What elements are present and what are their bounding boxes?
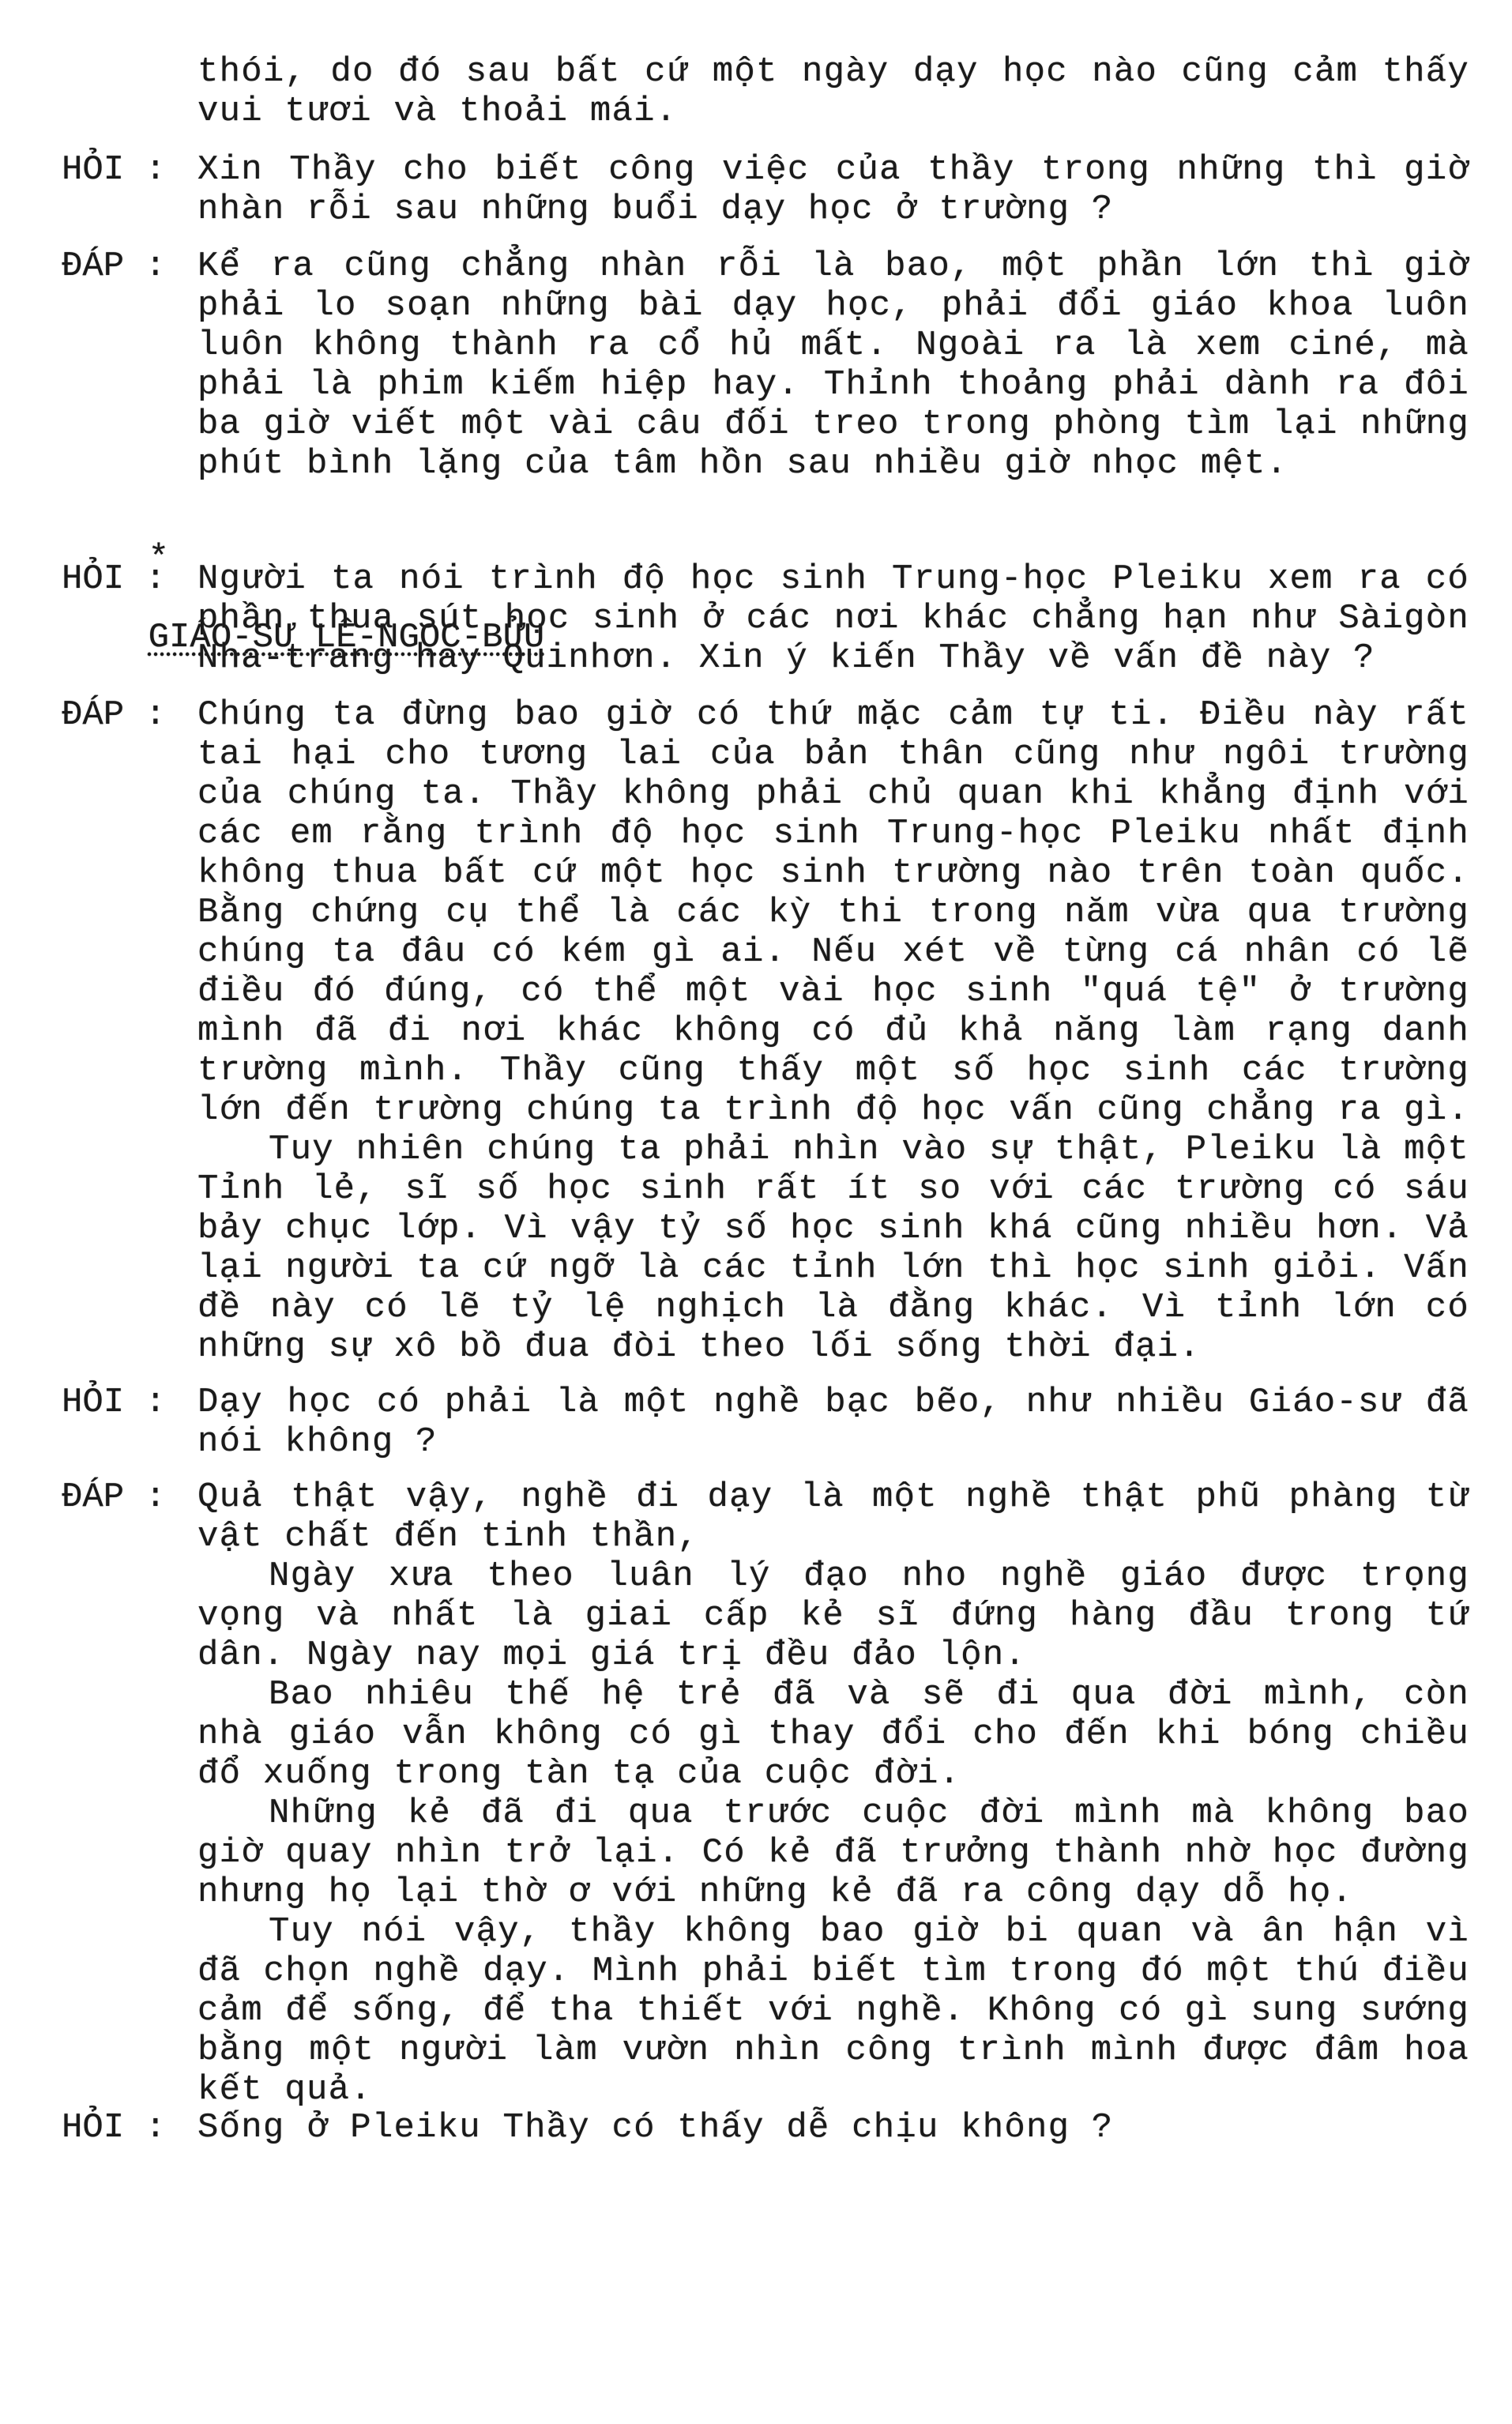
- question-1: HỎI : Xin Thầy cho biết công việc của th…: [0, 150, 1512, 229]
- text-line: thói, do đó sau bất cứ một ngày dạy học …: [197, 52, 1469, 92]
- text-line: nhàn rỗi sau những buổi dạy học ở trường…: [197, 190, 1469, 229]
- text-line: tai hại cho tương lai của bản thân cũng …: [197, 735, 1469, 774]
- text-line: Quả thật vậy, nghề đi dạy là một nghề th…: [197, 1477, 1469, 1517]
- text-line: phải lo soạn những bài dạy học, phải đổi…: [197, 286, 1469, 326]
- text-line: phải là phim kiếm hiệp hay. Thỉnh thoảng…: [197, 365, 1469, 405]
- text-line: Chúng ta đừng bao giờ có thứ mặc cảm tự …: [197, 695, 1469, 735]
- question-label: HỎI :: [62, 2108, 196, 2147]
- question-label: HỎI :: [62, 1383, 196, 1422]
- text-line: điều đó đúng, có thể một vài học sinh "q…: [197, 972, 1469, 1011]
- text-line: Người ta nói trình độ học sinh Trung-học…: [197, 559, 1469, 599]
- text-line: Nha-trang hay Quinhơn. Xin ý kiến Thầy v…: [197, 638, 1469, 678]
- text-line: đã chọn nghề dạy. Mình phải biết tìm tro…: [197, 1952, 1469, 1991]
- text-line: nói không ?: [197, 1422, 1469, 1462]
- text-line: chúng ta đâu có kém gì ai. Nếu xét về từ…: [197, 932, 1469, 972]
- answer-2: ĐÁP : Chúng ta đừng bao giờ có thứ mặc c…: [0, 695, 1512, 1367]
- text-line: Sống ở Pleiku Thầy có thấy dễ chịu không…: [197, 2108, 1469, 2147]
- text-line: Bằng chứng cụ thể là các kỳ thi trong nă…: [197, 893, 1469, 932]
- text-line: đề này có lẽ tỷ lệ nghịch là đằng khác. …: [197, 1288, 1469, 1327]
- answer-1: ĐÁP : Kể ra cũng chẳng nhàn rỗi là bao, …: [0, 247, 1512, 484]
- text-line: Bao nhiêu thế hệ trẻ đã và sẽ đi qua đời…: [269, 1675, 1469, 1714]
- text-line: Dạy học có phải là một nghề bạc bẽo, như…: [197, 1383, 1469, 1422]
- text-line: phút bình lặng của tâm hồn sau nhiều giờ…: [197, 444, 1469, 484]
- question-3: HỎI : Dạy học có phải là một nghề bạc bẽ…: [0, 1383, 1512, 1462]
- text-line: của chúng ta. Thầy không phải chủ quan k…: [197, 774, 1469, 814]
- text-line: lớn đến trường chúng ta trình độ học vấn…: [197, 1090, 1469, 1130]
- text-line: Tuy nhiên chúng ta phải nhìn vào sự thật…: [269, 1130, 1469, 1169]
- intro-paragraph: thói, do đó sau bất cứ một ngày dạy học …: [0, 52, 1512, 131]
- text-line: những sự xô bồ đua đòi theo lối sống thờ…: [197, 1327, 1469, 1367]
- text-line: ba giờ viết một vài câu đối treo trong p…: [197, 405, 1469, 444]
- text-line: không thua bất cứ một học sinh trường nà…: [197, 853, 1469, 893]
- text-line: phần thua sút học sinh ở các nơi khác ch…: [197, 599, 1469, 638]
- text-line: mình đã đi nơi khác không có đủ khả năng…: [197, 1011, 1469, 1051]
- text-line: các em rằng trình độ học sinh Trung-học …: [197, 814, 1469, 853]
- answer-label: ĐÁP :: [62, 247, 196, 286]
- text-line: Ngày xưa theo luân lý đạo nho nghề giáo …: [269, 1556, 1469, 1596]
- text-line: nhưng họ lại thờ ơ với những kẻ đã ra cô…: [197, 1873, 1469, 1912]
- question-2: HỎI : Người ta nói trình độ học sinh Tru…: [0, 559, 1512, 678]
- text-line: đổ xuống trong tàn tạ của cuộc đời.: [197, 1754, 1469, 1794]
- question-label: HỎI :: [62, 150, 196, 190]
- text-line: dân. Ngày nay mọi giá trị đều đảo lộn.: [197, 1635, 1469, 1675]
- text-line: vui tươi và thoải mái.: [197, 92, 1469, 131]
- typewritten-page: thói, do đó sau bất cứ một ngày dạy học …: [0, 0, 1512, 2424]
- text-line: Xin Thầy cho biết công việc của thầy tro…: [197, 150, 1469, 190]
- text-line: vọng và nhất là giai cấp kẻ sĩ đứng hàng…: [197, 1596, 1469, 1635]
- text-line: lại người ta cứ ngỡ là các tỉnh lớn thì …: [197, 1248, 1469, 1288]
- text-line: trường mình. Thầy cũng thấy một số học s…: [197, 1051, 1469, 1090]
- text-line: bảy chục lớp. Vì vậy tỷ số học sinh khá …: [197, 1209, 1469, 1248]
- text-line: nhà giáo vẫn không có gì thay đổi cho đế…: [197, 1714, 1469, 1754]
- text-line: Kể ra cũng chẳng nhàn rỗi là bao, một ph…: [197, 247, 1469, 286]
- text-line: vật chất đến tinh thần,: [197, 1517, 1469, 1556]
- text-line: cảm để sống, để tha thiết với nghề. Khôn…: [197, 1991, 1469, 2031]
- answer-label: ĐÁP :: [62, 695, 196, 735]
- question-label: HỎI :: [62, 559, 196, 599]
- text-line: Tuy nói vậy, thầy không bao giờ bi quan …: [269, 1912, 1469, 1952]
- text-line: Những kẻ đã đi qua trước cuộc đời mình m…: [269, 1794, 1469, 1833]
- text-line: kết quả.: [197, 2070, 1469, 2110]
- question-4: HỎI : Sống ở Pleiku Thầy có thấy dễ chịu…: [0, 2108, 1512, 2147]
- answer-label: ĐÁP :: [62, 1477, 196, 1517]
- text-line: bằng một người làm vườn nhìn công trình …: [197, 2031, 1469, 2070]
- text-line: giờ quay nhìn trở lại. Có kẻ đã trưởng t…: [197, 1833, 1469, 1873]
- text-line: Tỉnh lẻ, sĩ số học sinh rất ít so với cá…: [197, 1169, 1469, 1209]
- text-line: luôn không thành ra cổ hủ mất. Ngoài ra …: [197, 326, 1469, 365]
- answer-3: ĐÁP : Quả thật vậy, nghề đi dạy là một n…: [0, 1477, 1512, 2110]
